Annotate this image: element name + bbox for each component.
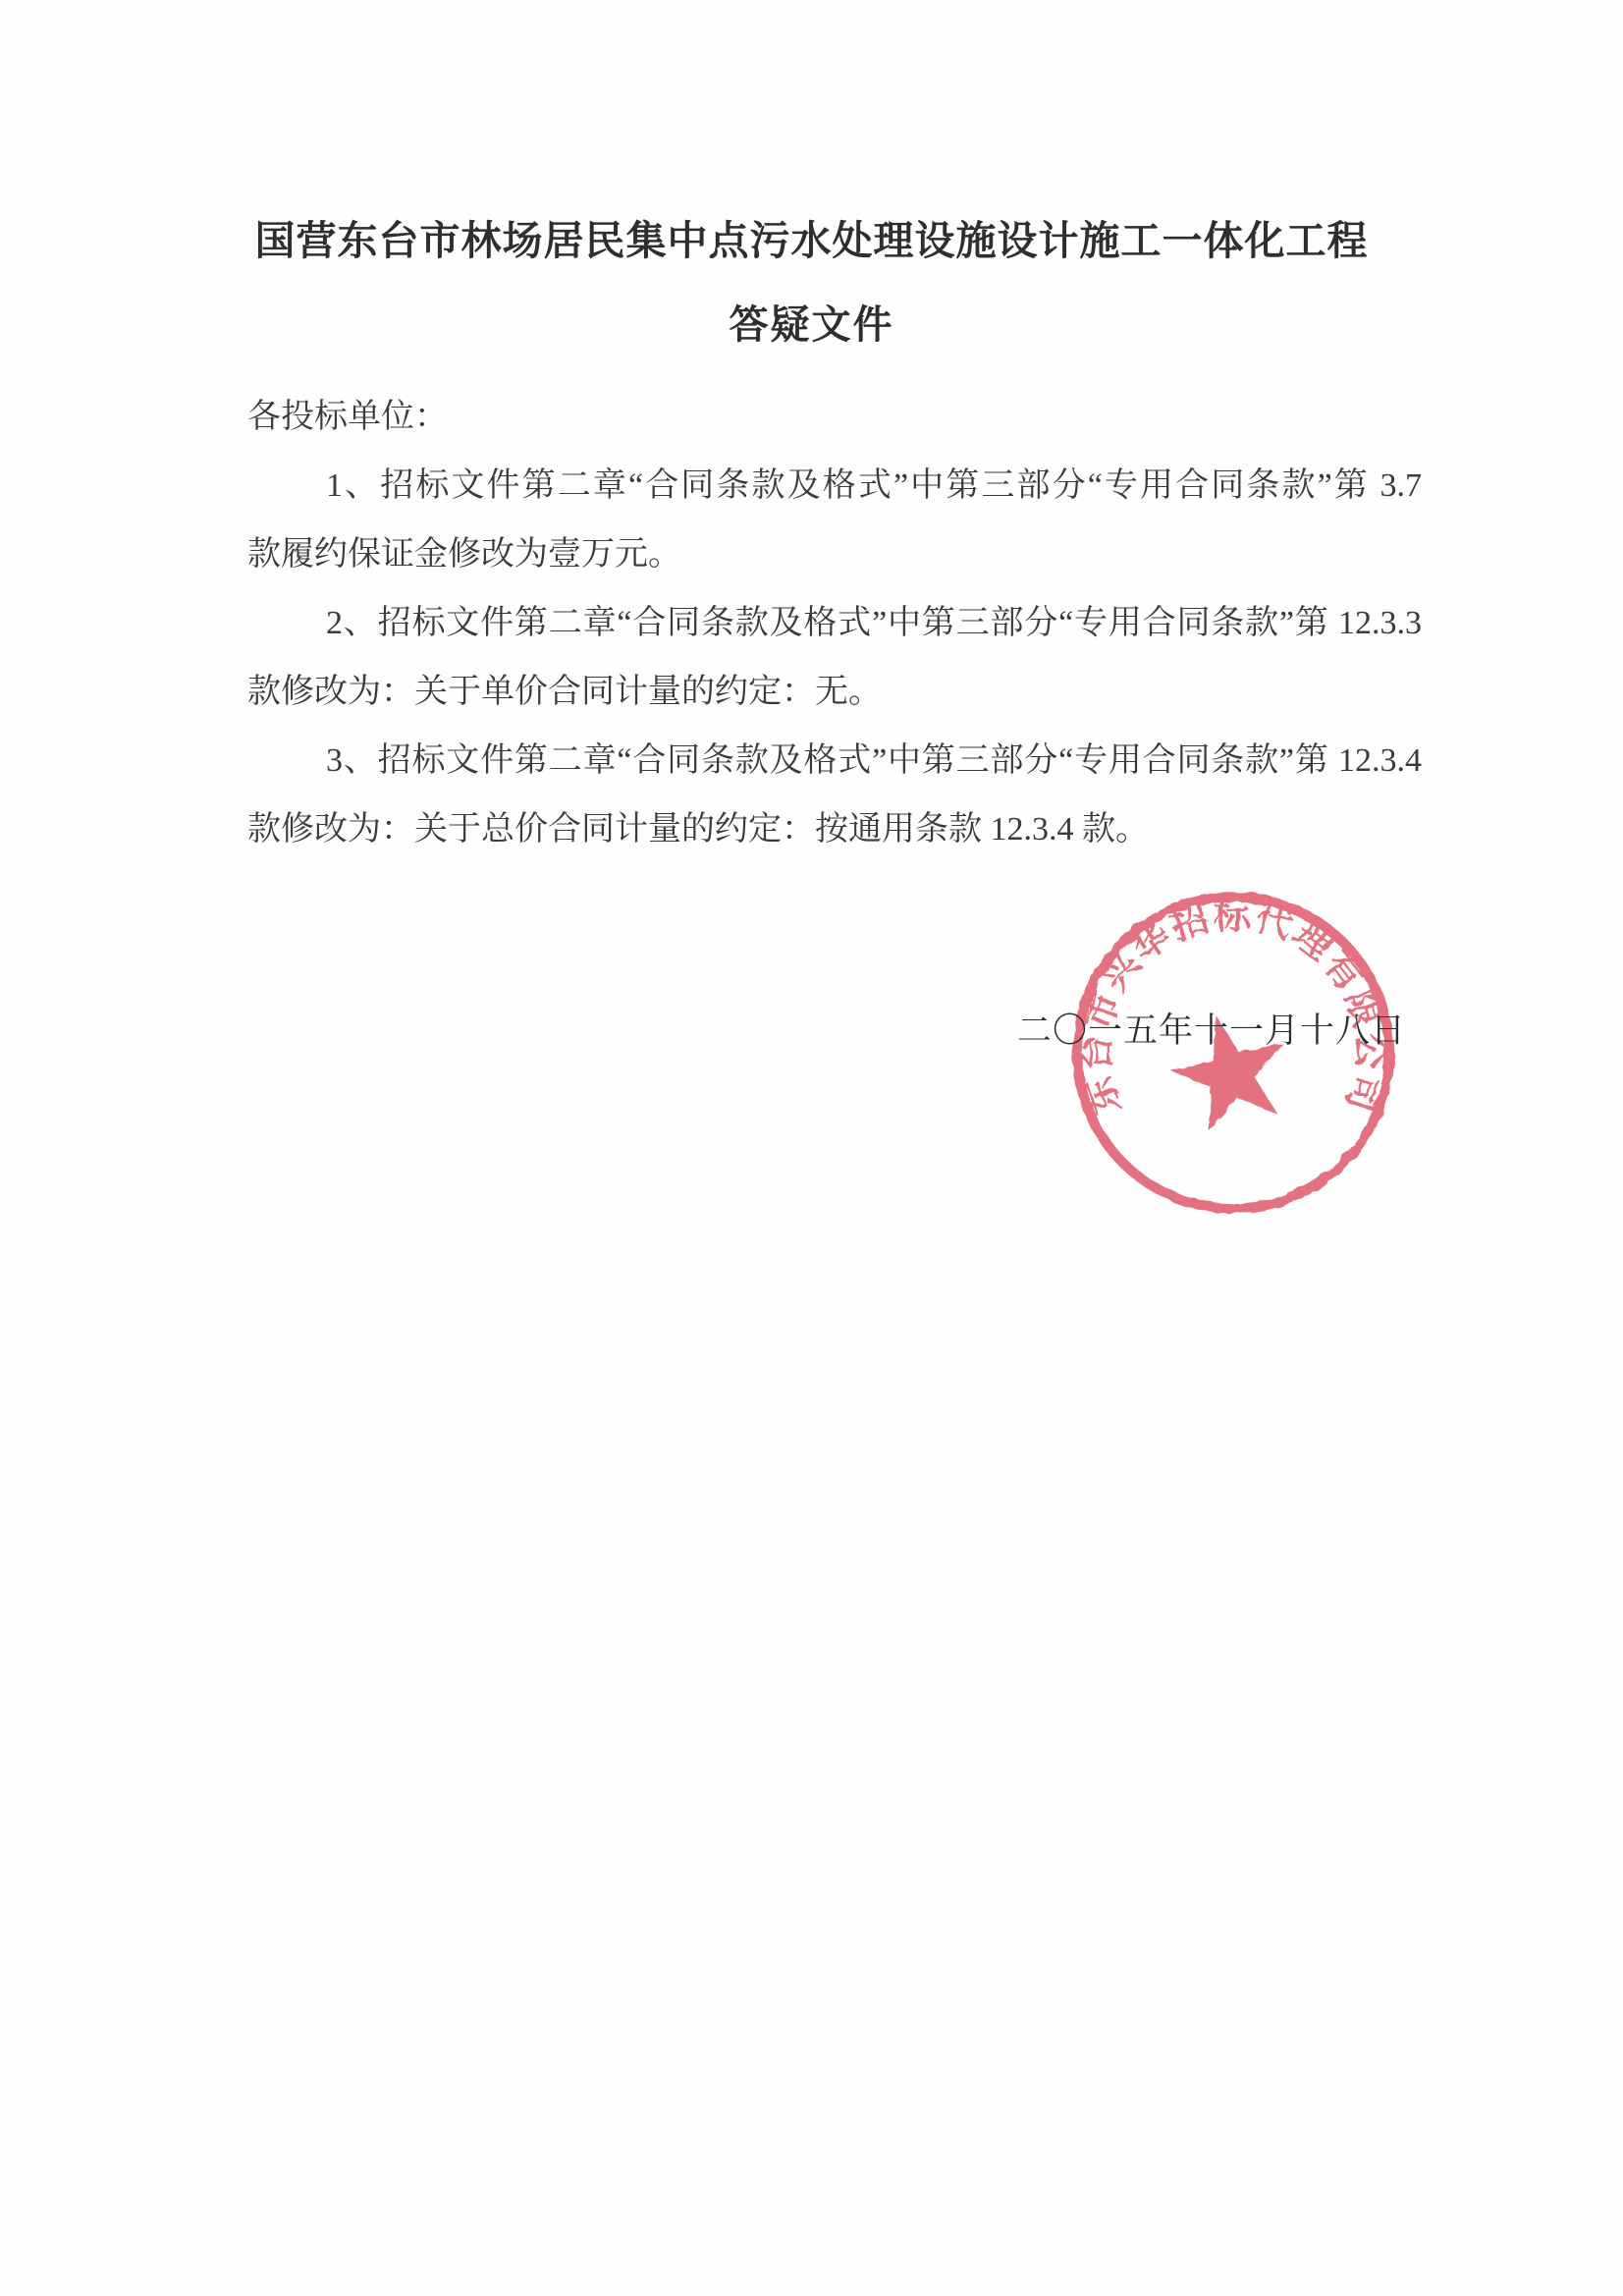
company-seal-stamp: 东台市兴华招标代理有限公司 <box>1066 886 1400 1220</box>
document-subtitle: 答疑文件 <box>0 294 1623 350</box>
paragraph-1-line-2: 款履约保证金修改为壹万元。 <box>247 526 1422 574</box>
paragraph-3-line-1: 3、招标文件第二章“合同条款及格式”中第三部分“专用合同条款”第 12.3.4 <box>247 733 1422 781</box>
document-page: 国营东台市林场居民集中点污水处理设施设计施工一体化工程 答疑文件 各投标单位： … <box>0 0 1623 2296</box>
paragraph-1-line-1: 1、招标文件第二章“合同条款及格式”中第三部分“专用合同条款”第 3.7 <box>247 458 1422 506</box>
paragraph-3-line-2: 款修改为：关于总价合同计量的约定：按通用条款 12.3.4 款。 <box>247 801 1422 849</box>
paragraph-2-line-2: 款修改为：关于单价合同计量的约定：无。 <box>247 664 1422 712</box>
salutation-line: 各投标单位： <box>247 389 1422 437</box>
paragraph-2-line-1: 2、招标文件第二章“合同条款及格式”中第三部分“专用合同条款”第 12.3.3 <box>247 595 1422 643</box>
document-title: 国营东台市林场居民集中点污水处理设施设计施工一体化工程 <box>0 208 1623 266</box>
date-text: 二〇一五年十一月十八日 <box>1017 1004 1406 1053</box>
